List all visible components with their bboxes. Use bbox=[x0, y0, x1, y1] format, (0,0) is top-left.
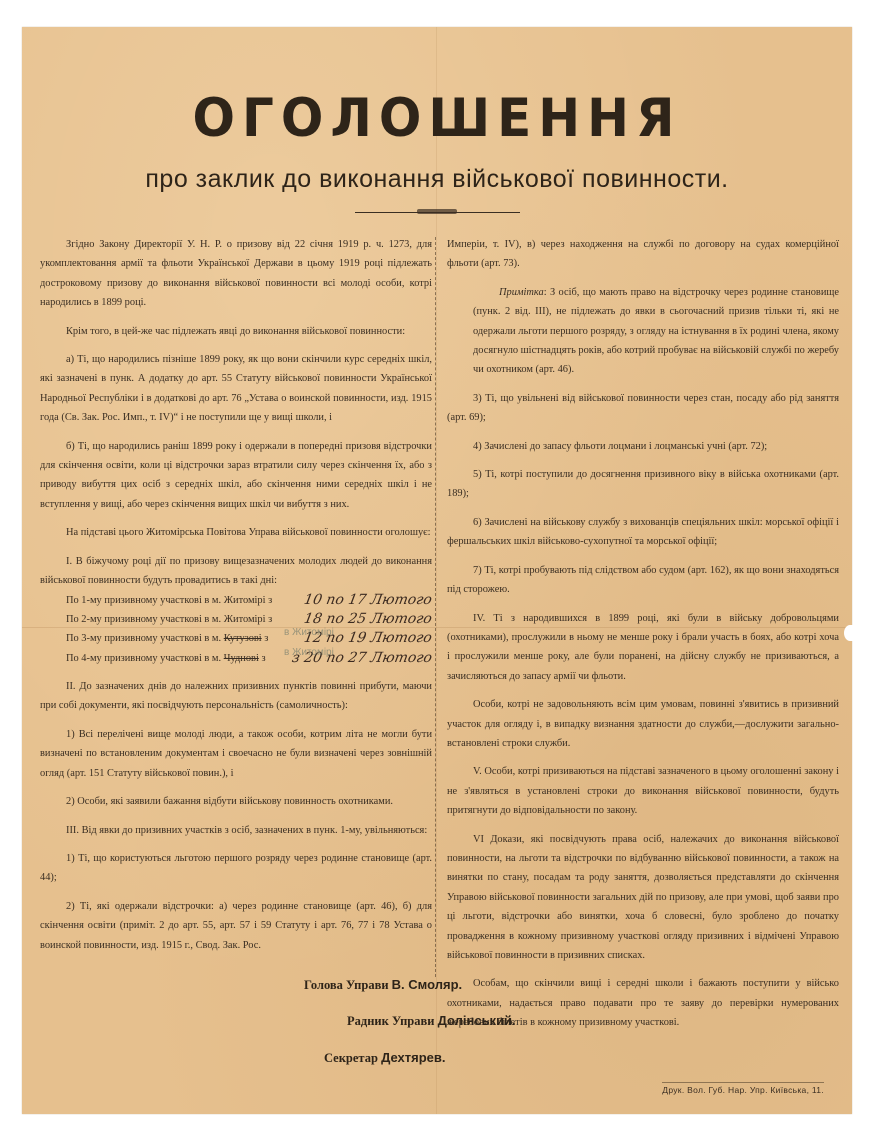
draft-schedule: По 1-му призивному участкові в м. Житомі… bbox=[40, 591, 432, 669]
item-a: а) Ті, що народились пізніше 1899 року, … bbox=[40, 350, 432, 428]
schedule-text: По 1-му призивному участкові в м. Житомі… bbox=[66, 591, 302, 610]
signature-head: Голова Управи В. Смоляр. bbox=[304, 977, 462, 993]
schedule-after: з bbox=[259, 653, 266, 664]
signature-role: Секретар bbox=[324, 1051, 378, 1065]
item-5: 5) Ті, котрі поступили до досягнення при… bbox=[447, 465, 839, 504]
section-3-item-2: 2) Ті, які одержали відстрочки: а) через… bbox=[40, 897, 432, 955]
intro-paragraph: Згідно Закону Директорії У. Н. Р. о приз… bbox=[40, 235, 432, 313]
note-paragraph: Примітка: З осіб, що мають право на відс… bbox=[447, 283, 839, 380]
poster-subtitle: про заклик до виконання військової повин… bbox=[22, 165, 852, 194]
also-paragraph: Крім того, в цей-же час підлежать явці д… bbox=[40, 322, 432, 341]
rule-ornament bbox=[417, 209, 457, 214]
section-4-extra: Особи, котрі не задовольняють всім цим у… bbox=[447, 695, 839, 753]
poster-title: ОГОЛОШЕННЯ bbox=[22, 88, 852, 149]
continuation-paragraph: Имперіи, т. IV), в) через находження на … bbox=[447, 235, 839, 274]
signature-name: В. Смоляр. bbox=[392, 977, 462, 992]
signature-role: Радник Управи bbox=[347, 1014, 434, 1028]
signature-name: Дехтярев. bbox=[381, 1050, 445, 1065]
section-1-heading: І. В біжучому році дії по призову вищеза… bbox=[40, 552, 432, 591]
handwritten-dates: 10 по 17 Лютого bbox=[303, 591, 434, 610]
struck-town: Кутузові bbox=[224, 633, 262, 644]
signature-role: Голова Управи bbox=[304, 978, 389, 992]
schedule-text: По 3-му призивному участкові в м. bbox=[66, 633, 224, 644]
section-6: VІ Докази, які посвідчують права осіб, н… bbox=[447, 830, 839, 966]
signature-councillor: Радник Управи Долінський. bbox=[347, 1013, 516, 1029]
section-2-item-1: 1) Всі перелічені вище молоді люди, а та… bbox=[40, 725, 432, 783]
section-3-item-1: 1) Ті, що користуються льготою першого р… bbox=[40, 849, 432, 888]
schedule-text-wrap: По 3-му призивному участкові в м. Кутузо… bbox=[66, 629, 302, 648]
item-7: 7) Ті, котрі пробувають під слідством аб… bbox=[447, 561, 839, 600]
signature-name: Долінський. bbox=[438, 1013, 516, 1028]
left-column: Згідно Закону Директорії У. Н. Р. о приз… bbox=[40, 235, 432, 964]
right-column: Имперіи, т. IV), в) через находження на … bbox=[447, 235, 839, 1042]
schedule-text: По 2-му призивному участкові в м. Житомі… bbox=[66, 610, 302, 629]
item-4: 4) Зачислені до запасу фльоти лоцмани і … bbox=[447, 437, 839, 456]
schedule-after: з bbox=[262, 633, 269, 644]
schedule-row: По 2-му призивному участкові в м. Житомі… bbox=[40, 610, 432, 629]
ink-stamp: в Житомірі bbox=[284, 647, 334, 658]
basis-paragraph: На підставі цього Житомірська Повітова У… bbox=[40, 523, 432, 542]
column-divider bbox=[435, 237, 440, 977]
schedule-row: По 4-му призивному участкові в м. Чуднов… bbox=[40, 649, 432, 668]
ink-stamp: в Житомірі bbox=[284, 627, 334, 638]
poster-sheet: ОГОЛОШЕННЯ про заклик до виконання війсь… bbox=[22, 27, 852, 1114]
note-text: : З осіб, що мають право на відстрочку ч… bbox=[473, 287, 839, 376]
item-b: б) Ті, що народились раніш 1899 року і о… bbox=[40, 437, 432, 515]
section-5: V. Особи, котрі призиваються на підставі… bbox=[447, 762, 839, 820]
struck-town: Чуднові bbox=[224, 653, 259, 664]
note-label: Примітка bbox=[499, 287, 544, 298]
schedule-row: По 3-му призивному участкові в м. Кутузо… bbox=[40, 629, 432, 648]
section-4: ІV. Ті з народившихся в 1899 році, які б… bbox=[447, 609, 839, 687]
schedule-row: По 1-му призивному участкові в м. Житомі… bbox=[40, 591, 432, 610]
schedule-text-wrap: По 4-му призивному участкові в м. Чуднов… bbox=[66, 649, 290, 668]
item-3: 3) Ті, що увільнені від військової повин… bbox=[447, 389, 839, 428]
section-2-heading: ІІ. До зазначених днів до належних призи… bbox=[40, 677, 432, 716]
section-3-heading: ІІІ. Від явки до призивних участків з ос… bbox=[40, 821, 432, 840]
paper-tear bbox=[844, 625, 856, 641]
schedule-text: По 4-му призивному участкові в м. bbox=[66, 653, 224, 664]
signature-secretary: Секретар Дехтярев. bbox=[324, 1050, 446, 1066]
item-6: 6) Зачислені на військову службу з вихов… bbox=[447, 513, 839, 552]
printer-imprint: Друк. Вол. Губ. Нар. Упр. Київська, 11. bbox=[662, 1082, 824, 1095]
section-2-item-2: 2) Особи, які заявили бажання відбути ві… bbox=[40, 792, 432, 811]
